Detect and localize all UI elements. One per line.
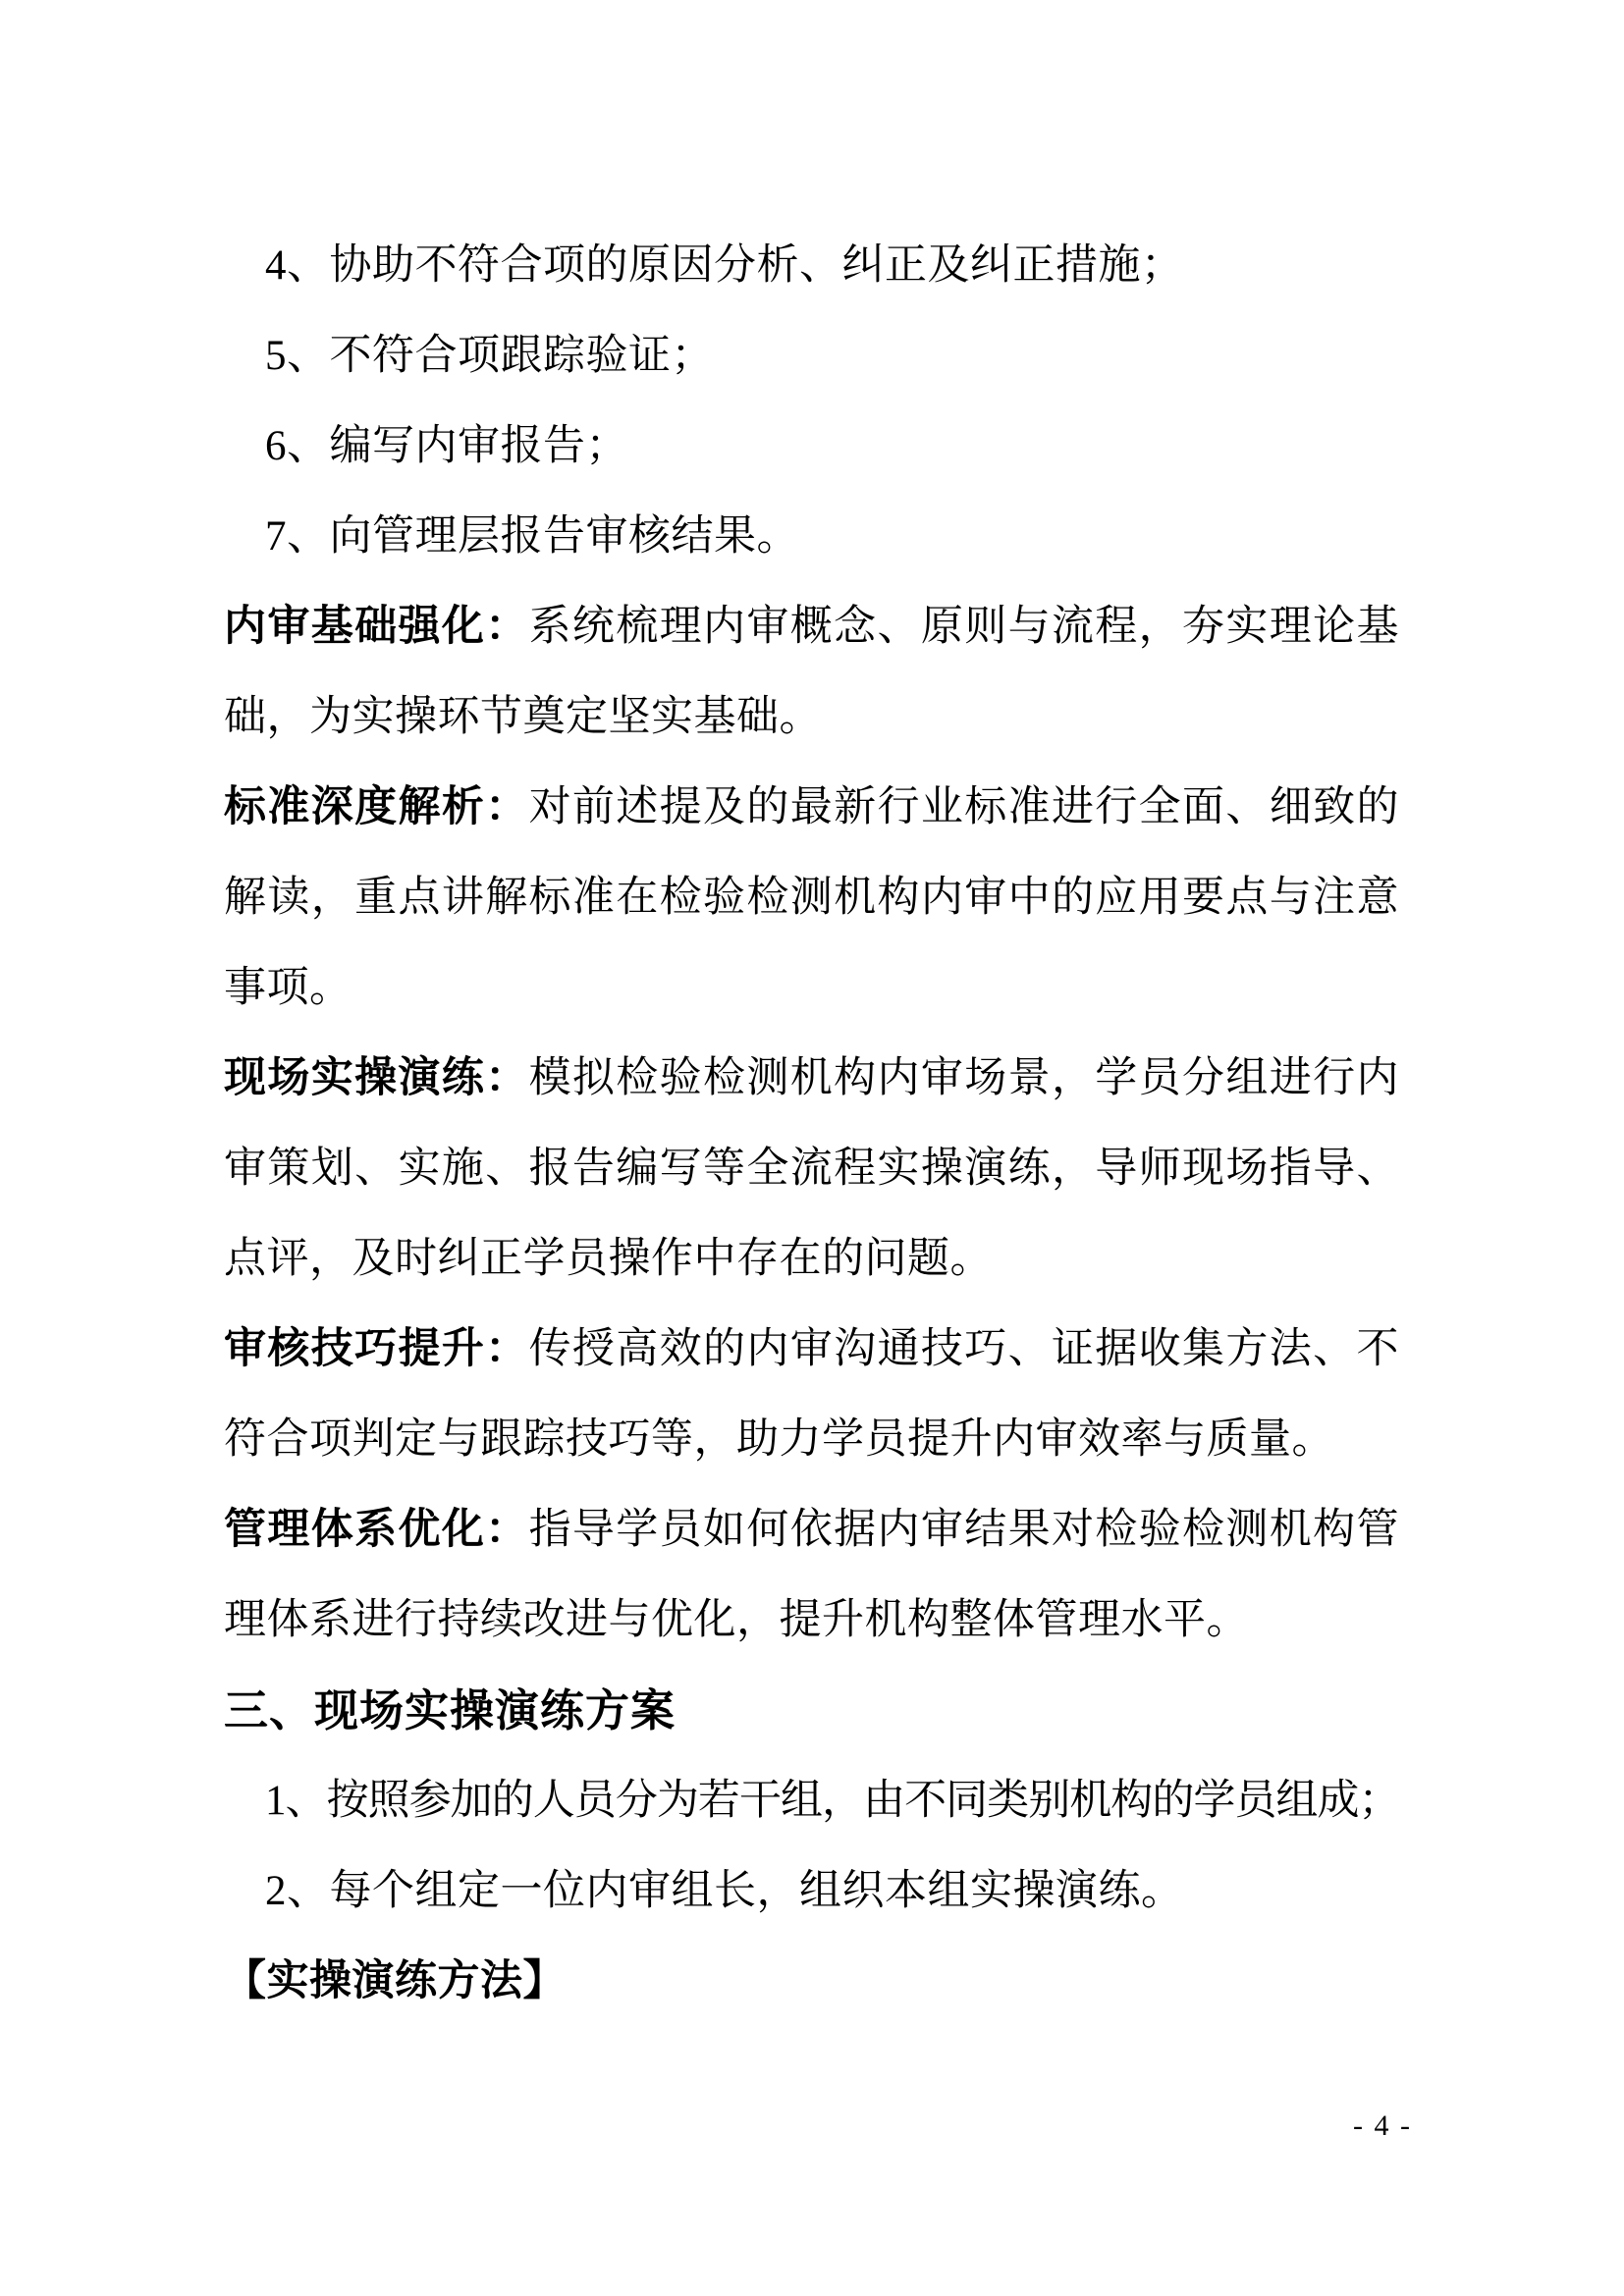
paragraph-text: 指导学员如何依据内审结果对检验检测机构管 <box>529 1507 1399 1553</box>
document-body: 4、协助不符合项的原因分析、纠正及纠正措施； 5、不符合项跟踪验证； 6、编写内… <box>224 221 1399 2027</box>
list-item: 7、向管理层报告审核结果。 <box>224 492 1399 582</box>
paragraph-line: 管理体系优化：指导学员如何依据内审结果对检验检测机构管 <box>224 1485 1399 1575</box>
list-item: 1、按照参加的人员分为若干组，由不同类别机构的学员组成； <box>224 1756 1399 1846</box>
paragraph-line: 符合项判定与跟踪技巧等，助力学员提升内审效率与质量。 <box>224 1395 1399 1485</box>
paragraph-text: 对前述提及的最新行业标准进行全面、细致的 <box>529 784 1399 830</box>
list-item: 5、不符合项跟踪验证； <box>224 311 1399 401</box>
paragraph-lead: 现场实操演练： <box>224 1055 529 1101</box>
page-number: - 4 - <box>1353 2107 1412 2146</box>
paragraph-line: 础，为实操环节奠定坚实基础。 <box>224 672 1399 763</box>
paragraph-line: 审核技巧提升：传授高效的内审沟通技巧、证据收集方法、不 <box>224 1305 1399 1395</box>
paragraph-line: 理体系进行持续改进与优化，提升机构整体管理水平。 <box>224 1575 1399 1666</box>
paragraph-lead: 标准深度解析： <box>224 784 529 830</box>
document-page: 4、协助不符合项的原因分析、纠正及纠正措施； 5、不符合项跟踪验证； 6、编写内… <box>0 0 1624 2296</box>
paragraph-text: 系统梳理内审概念、原则与流程，夯实理论基 <box>529 604 1399 650</box>
paragraph-line: 事项。 <box>224 943 1399 1034</box>
list-item: 2、每个组定一位内审组长，组织本组实操演练。 <box>224 1846 1399 1937</box>
paragraph-line: 解读，重点讲解标准在检验检测机构内审中的应用要点与注意 <box>224 853 1399 943</box>
paragraph-line: 现场实操演练：模拟检验检测机构内审场景，学员分组进行内 <box>224 1034 1399 1124</box>
paragraph-lead: 内审基础强化： <box>224 604 529 650</box>
list-item: 6、编写内审报告； <box>224 401 1399 492</box>
paragraph-line: 点评，及时纠正学员操作中存在的问题。 <box>224 1214 1399 1305</box>
paragraph-line: 审策划、实施、报告编写等全流程实操演练，导师现场指导、 <box>224 1124 1399 1214</box>
paragraph-text: 模拟检验检测机构内审场景，学员分组进行内 <box>529 1055 1399 1101</box>
section-heading: 三、现场实操演练方案 <box>224 1666 1399 1756</box>
paragraph-lead: 审核技巧提升： <box>224 1326 529 1372</box>
list-item: 4、协助不符合项的原因分析、纠正及纠正措施； <box>224 221 1399 311</box>
paragraph-text: 传授高效的内审沟通技巧、证据收集方法、不 <box>529 1326 1399 1372</box>
paragraph-line: 内审基础强化：系统梳理内审概念、原则与流程，夯实理论基 <box>224 582 1399 672</box>
paragraph-lead: 管理体系优化： <box>224 1507 529 1553</box>
paragraph-line: 标准深度解析：对前述提及的最新行业标准进行全面、细致的 <box>224 763 1399 853</box>
bracket-heading: 【实操演练方法】 <box>224 1937 1399 2027</box>
